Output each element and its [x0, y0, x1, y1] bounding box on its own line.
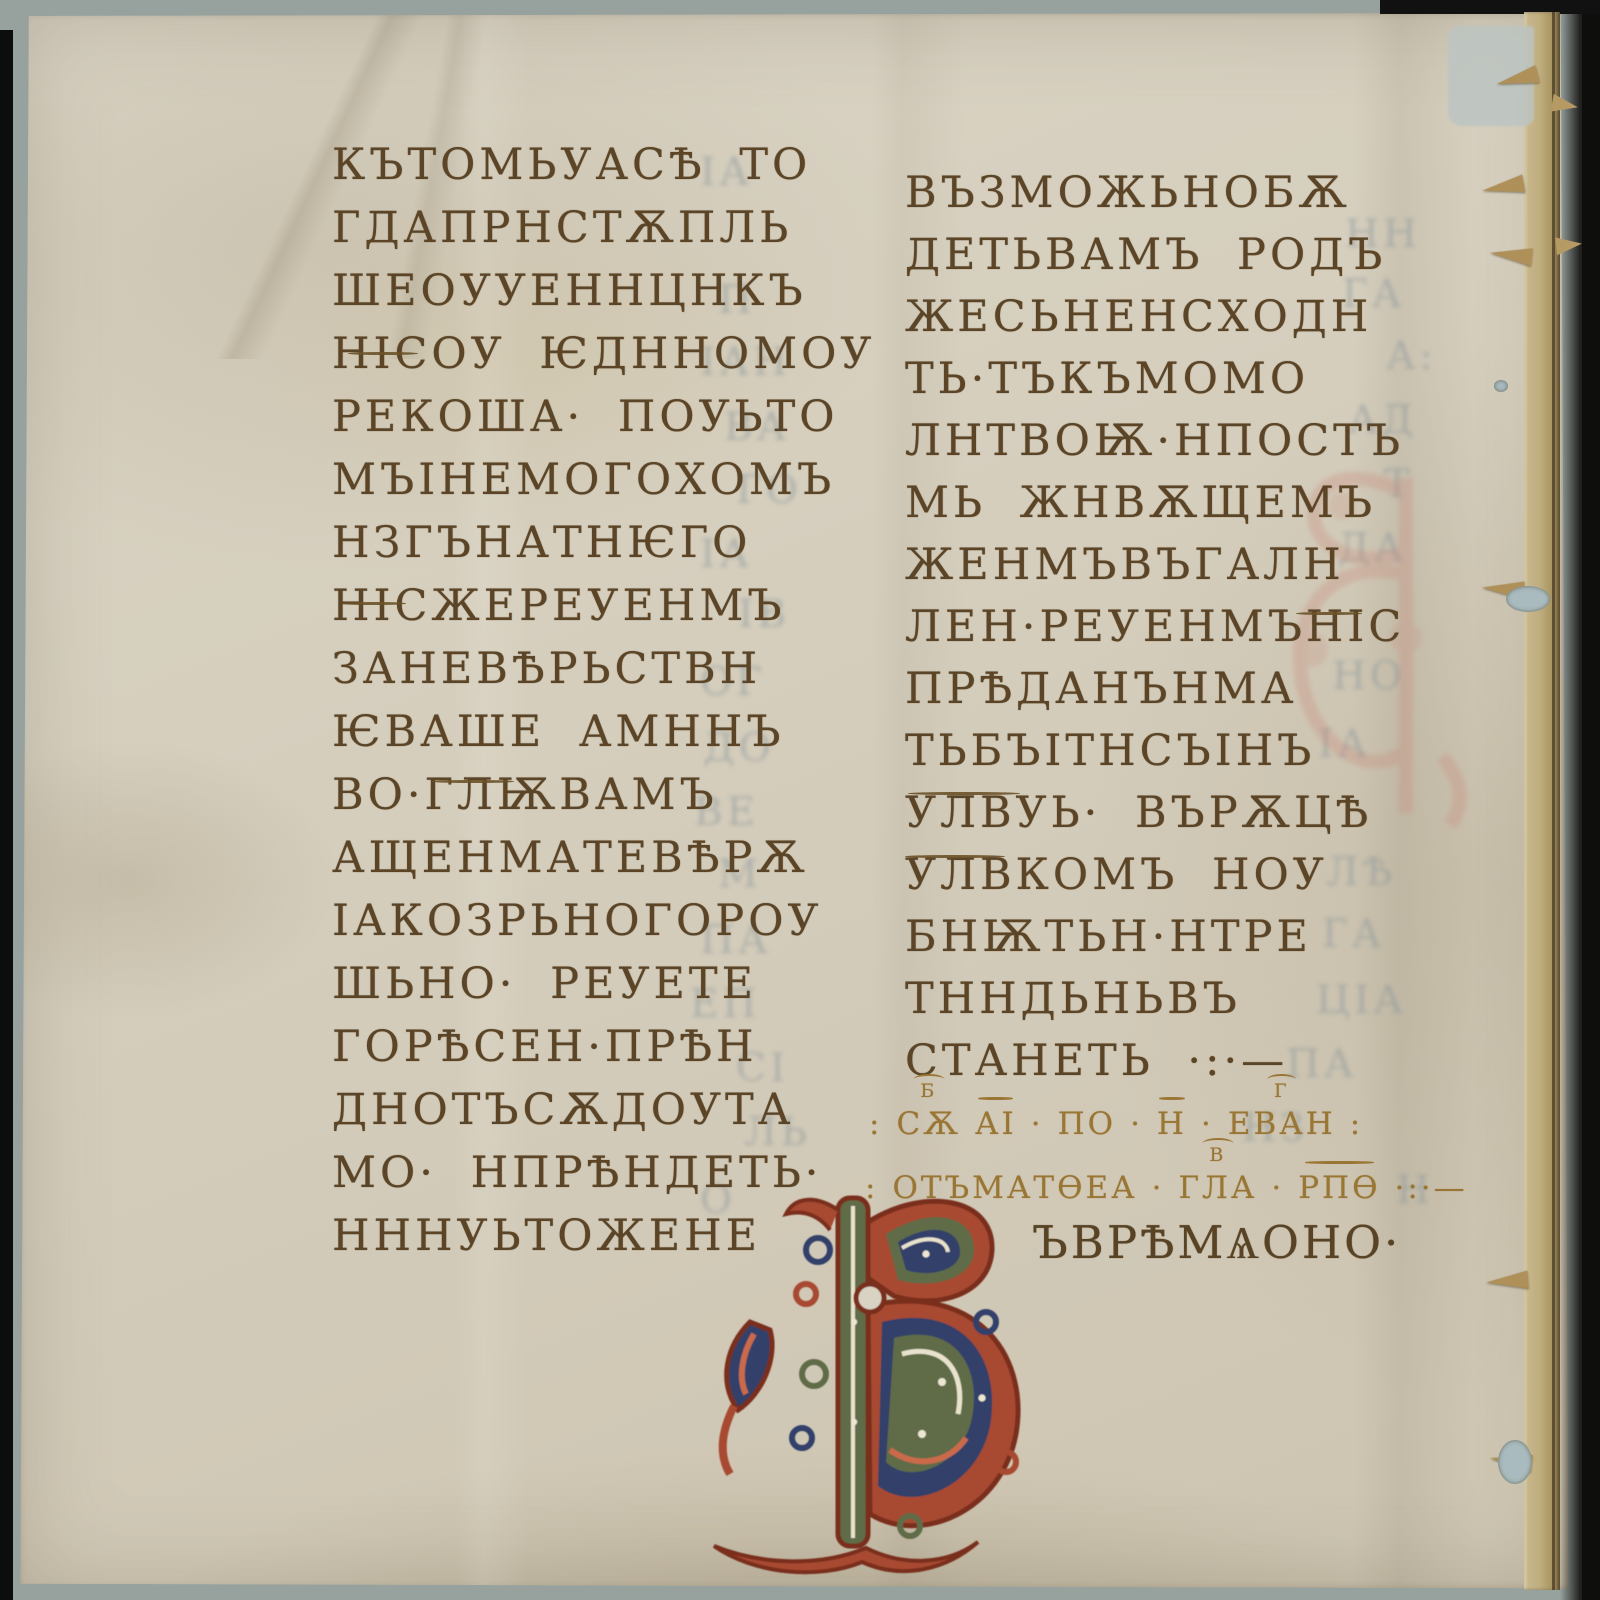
titlo-mark [1296, 612, 1362, 615]
photo-edge-left [0, 30, 13, 1600]
text-line: ГОРѢСЕН·ПРѢН [332, 1022, 876, 1085]
rubric-token: Н [1157, 1106, 1187, 1142]
titlo-bar [1305, 1161, 1374, 1164]
rubric-token: ·:·— [1395, 1170, 1468, 1206]
photo-edge-right [1582, 0, 1600, 1600]
photo-edge-top-right [1380, 0, 1600, 14]
binding-hole [1498, 1440, 1532, 1484]
text-line: ЛНТВОѬ·НПОСТЪ [905, 416, 1405, 478]
rubric-token: : [1350, 1106, 1363, 1142]
manuscript-photo: { "manuscript": { "left_column": { "line… [0, 0, 1600, 1600]
superscript-letter: Б [920, 1082, 937, 1101]
text-line: КЪТОМЬУАСѢ ТО [332, 140, 876, 203]
text-line: ТЬБЪІТНСЪІНЪ [905, 726, 1405, 788]
text-line: МЪІНЕМОГОХОМЪ [332, 455, 876, 518]
text-line: СТАНЕТЬ ·:·— [905, 1036, 1405, 1098]
text-line: НЗГЪНАТНѤГО [332, 518, 876, 581]
rubric-token: : [869, 1106, 882, 1142]
text-line: ГДАПРНСТѪПЛЬ [332, 203, 876, 266]
text-line: ЖЕНМЪВЪГАЛН [905, 540, 1405, 602]
binding-seam [1552, 12, 1555, 1590]
text-line: ДЕТЬВАМЪ РОДЪ [905, 230, 1405, 292]
binding-tacket [1555, 235, 1583, 256]
text-line: УЛВКОМЪ НОУ [905, 850, 1405, 912]
text-column-right: ВЪЗМОЖЬНОБѪДЕТЬВАМЪ РОДЪЖЕСЬНЕНСХОДНТЬ·Т… [905, 168, 1405, 1098]
titlo-bar [1159, 1097, 1184, 1100]
text-line: НІСЖЕРЕУЕНМЪ [332, 581, 876, 644]
superscript-letter: В [1209, 1146, 1226, 1165]
titlo-mark [348, 352, 418, 355]
text-line: БНѬТЬН·НТРЕ [905, 912, 1405, 974]
rubric-line-lection-heading: :СѪБАІ·ПО·Н·ЕВАНГ: [862, 1106, 1370, 1142]
binding-hole [1494, 380, 1508, 392]
text-line: РЕКОША· ПОУЬТО [332, 392, 876, 455]
text-line: ВЪЗМОЖЬНОБѪ [905, 168, 1405, 230]
titlo-mark [908, 792, 1020, 795]
text-line: ПРѢДАНЪНМА [905, 664, 1405, 726]
titlo-bar [978, 1097, 1013, 1100]
titlo-mark [905, 855, 1005, 858]
text-column-left: КЪТОМЬУАСѢ ТОГДАПРНСТѪПЛЬШЕОУУЕННЦНКЪНІС… [332, 140, 876, 1274]
text-line: ШЬНО· РЕУЕТЕ [332, 959, 876, 1022]
text-line: МЬ ЖНВѪЩЕМЪ [905, 478, 1405, 540]
rubric-token: ПО [1058, 1106, 1116, 1142]
text-line: ѤВАШЕ АМННЪ [332, 707, 876, 770]
superscript-letter: Г [1274, 1082, 1290, 1101]
rubric-token: · [1031, 1106, 1044, 1142]
binding-hole [1506, 586, 1550, 612]
text-line: ДНОТЪСѪДОУТА [332, 1085, 876, 1148]
rubric-token: · [1152, 1170, 1165, 1206]
text-line: АЩЕНМАТЕВѢРѪ [332, 833, 876, 896]
text-line: УЛВУЬ· ВЪРѪЦѢ [905, 788, 1405, 850]
text-line: ЗАНЕВѢРЬСТВН [332, 644, 876, 707]
rubric-token: СѪБ [896, 1106, 961, 1142]
binding-tacket [1485, 1271, 1528, 1292]
text-line: НІСОУ ѤДННОМОУ [332, 329, 876, 392]
decorated-initial-ve [686, 1182, 1038, 1586]
text-line: ШЕОУУЕННЦНКЪ [332, 266, 876, 329]
text-line: ВО·ГЛѬВАМЪ [332, 770, 876, 833]
text-line: ТННДЬНЬВЪ [905, 974, 1405, 1036]
rubric-token: ГЛАВ [1178, 1170, 1257, 1206]
text-line: ЖЕСЬНЕНСХОДН [905, 292, 1405, 354]
rubric-token: · [1130, 1106, 1143, 1142]
rubric-token: · [1201, 1106, 1214, 1142]
text-line: ТЬ·ТЪКЪМОМО [905, 354, 1405, 416]
rubric-token: РПѲ [1298, 1170, 1380, 1206]
rubric-token: ЕВАНГ [1228, 1106, 1336, 1142]
text-line: ІАКОЗРЬНОГОРОУ [332, 896, 876, 959]
rubric-token: АІ [975, 1106, 1017, 1142]
titlo-mark [342, 602, 406, 605]
titlo-mark [432, 780, 514, 783]
rubric-token: · [1271, 1170, 1284, 1206]
incipit-line: ЪВРѢМѦОНО· [1032, 1216, 1401, 1269]
